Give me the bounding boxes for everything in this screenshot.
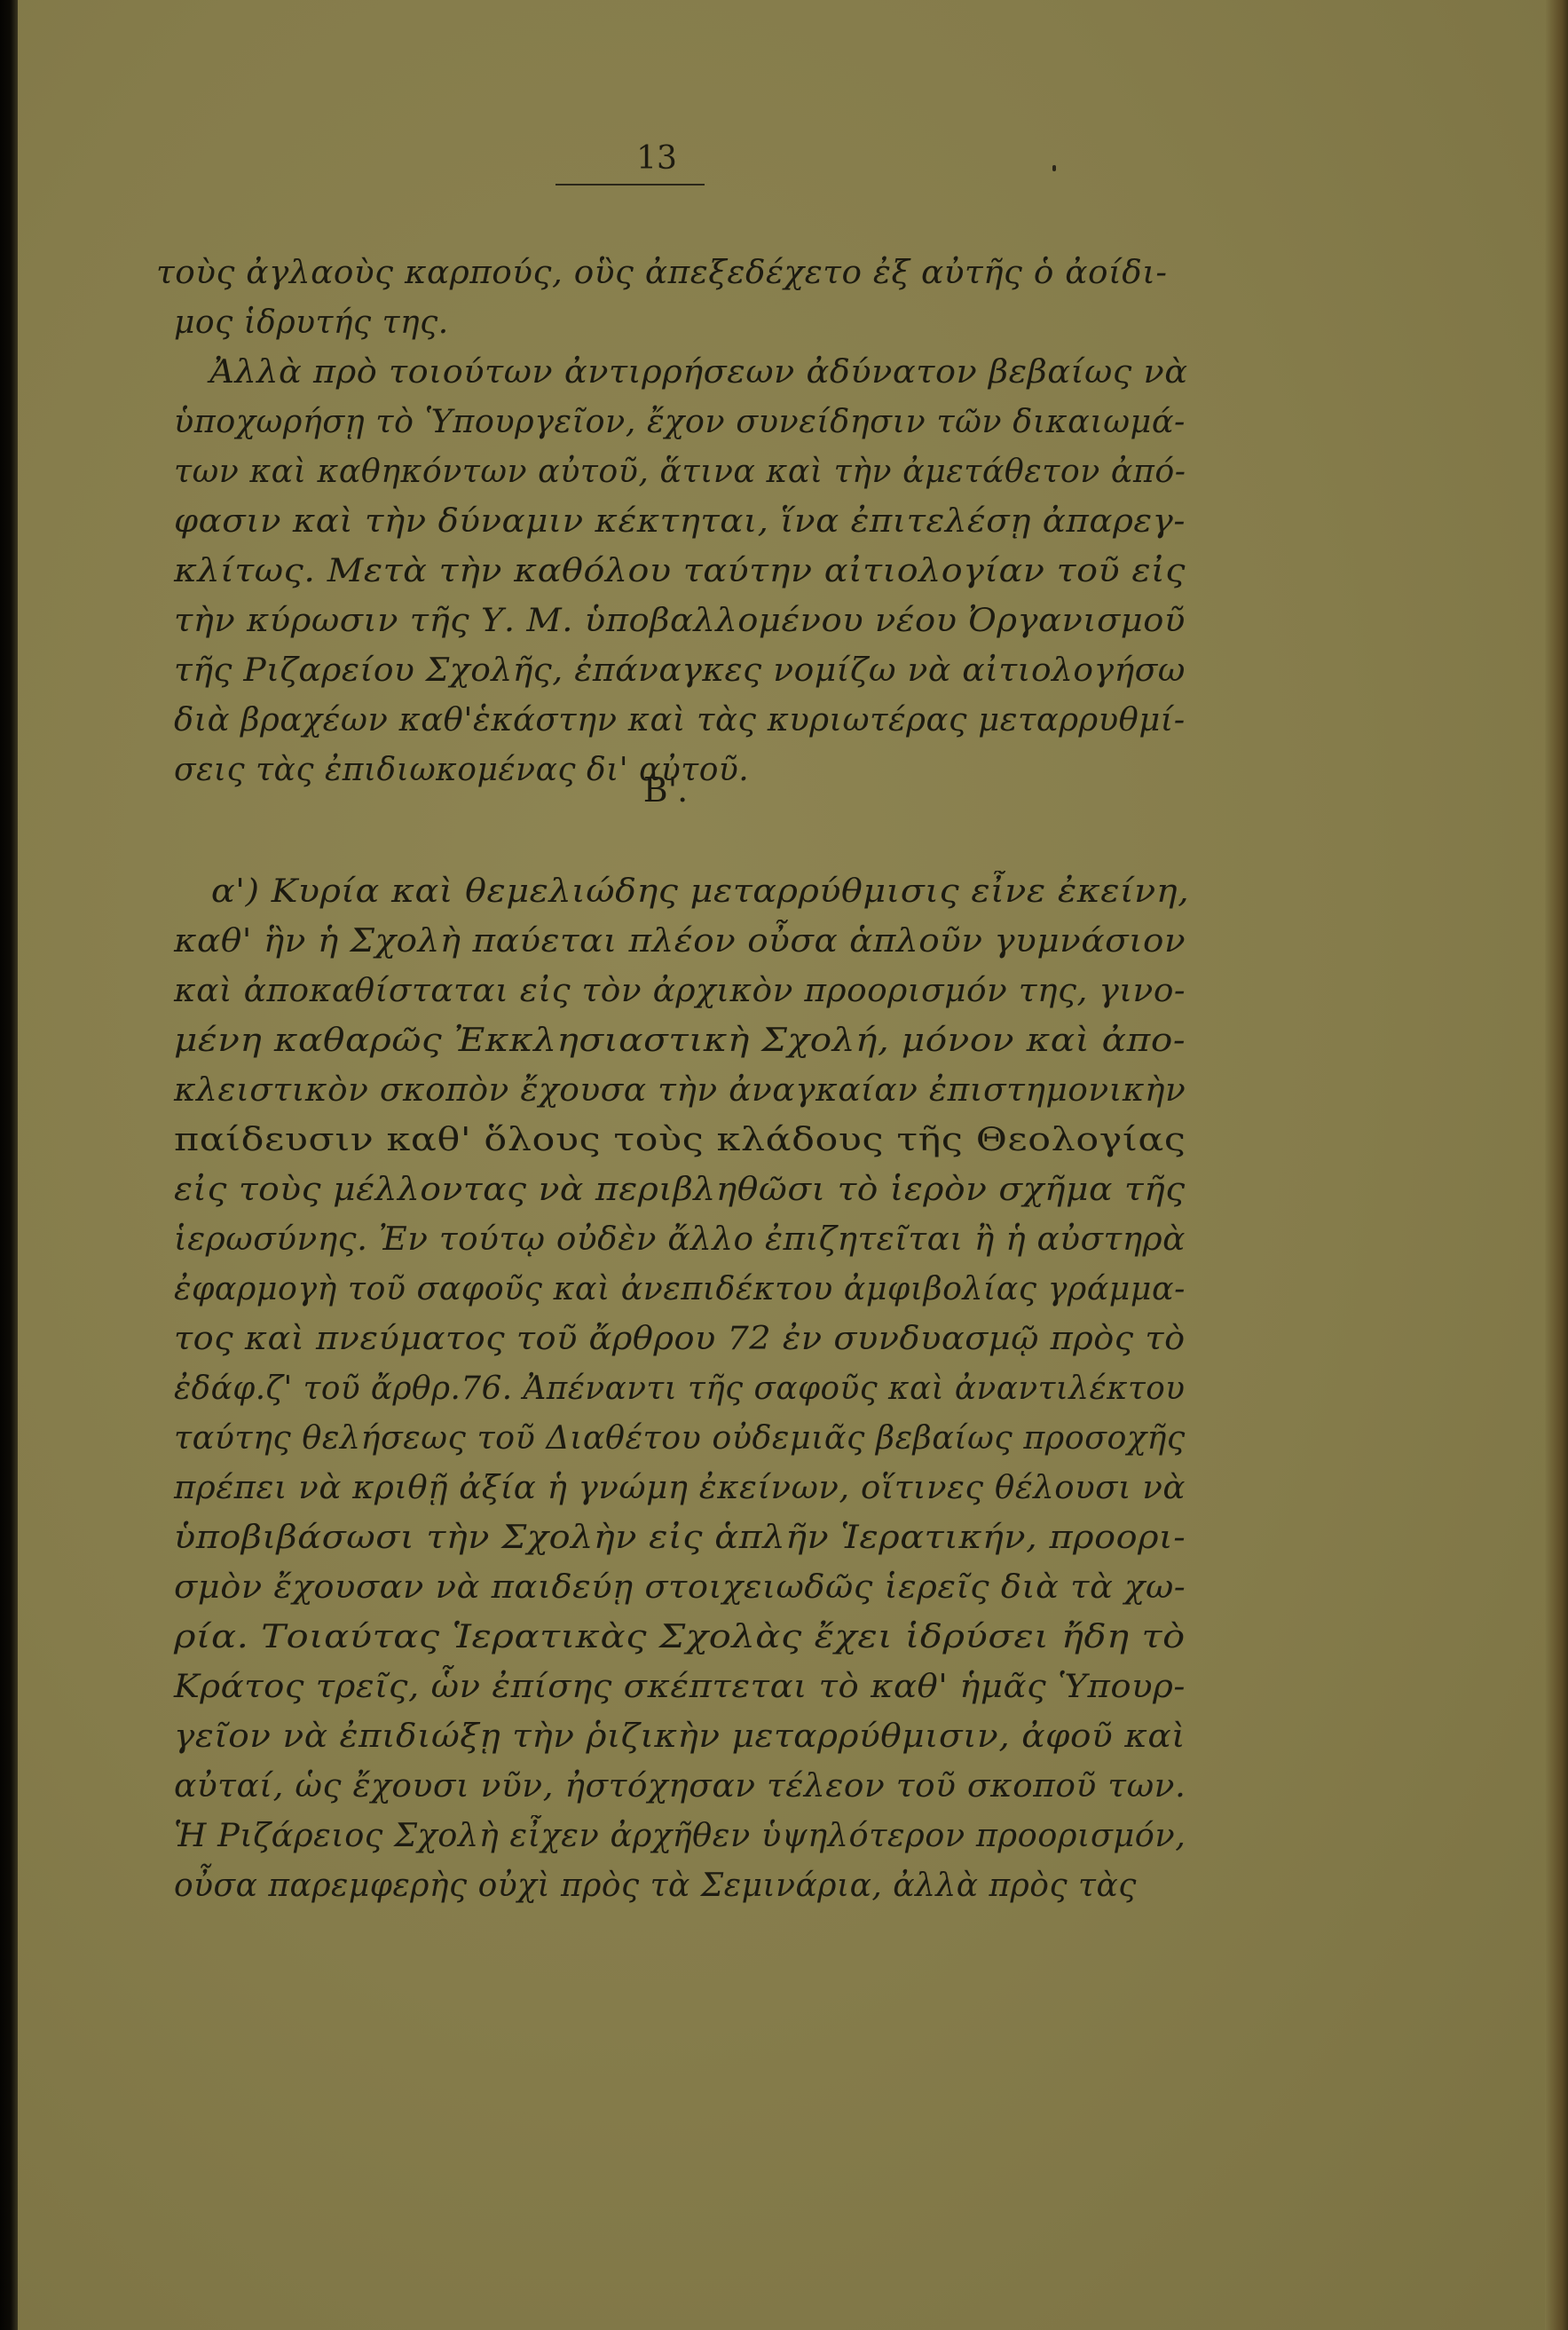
text-line: Ἀλλὰ πρὸ τοιούτων ἀντιρρήσεων ἀδύνατον β…	[174, 348, 1249, 398]
text-line: ἱερωσύνης. Ἐν τούτῳ οὐδὲν ἄλλο ἐπιζητεῖτ…	[174, 1215, 1224, 1265]
scan-left-border	[0, 0, 18, 2330]
text-line: οὖσα παρεμφερὴς οὐχὶ πρὸς τὰ Σεμινάρια, …	[174, 1861, 1186, 1911]
ink-speck	[1052, 165, 1056, 171]
text-line: Κράτος τρεῖς, ὧν ἐπίσης σκέπτεται τὸ καθ…	[174, 1663, 1258, 1712]
text-line: ἐφαρμογὴ τοῦ σαφοῦς καὶ ἀνεπιδέκτου ἀμφι…	[174, 1265, 1194, 1315]
text-line: διὰ βραχέων καθ'ἑκάστην καὶ τὰς κυριωτέρ…	[174, 696, 1209, 746]
text-line: μένη καθαρῶς Ἐκκλησιαστικὴ Σχολή, μόνον …	[174, 1016, 1314, 1066]
text-line: παίδευσιν καθ' ὅλους τοὺς κλάδους τῆς Θε…	[174, 1116, 1378, 1165]
text-line: ἐδάφ.ζ' τοῦ ἄρθρ.76. Ἀπέναντι τῆς σαφοῦς…	[174, 1364, 1178, 1414]
text-line: Ἡ Ριζάρειος Σχολὴ εἶχεν ἀρχῆθεν ὑψηλότερ…	[174, 1812, 1206, 1861]
text-line: πρέπει νὰ κριθῇ ἀξία ἡ γνώμη ἐκείνων, οἵ…	[174, 1464, 1216, 1513]
section-heading: Β'.	[621, 770, 710, 810]
text-line: γεῖον νὰ ἐπιδιώξῃ τὴν ῥιζικὴν μεταρρύθμι…	[174, 1712, 1271, 1762]
text-line: των καὶ καθηκόντων αὐτοῦ, ἅτινα καὶ τὴν …	[174, 447, 1194, 497]
paragraph-block-b: α') Κυρία καὶ θεμελιώδης μεταρρύθμισις ε…	[174, 867, 1186, 1911]
text-line: ὑποβιβάσωσι τὴν Σχολὴν εἰς ἁπλῆν Ἱερατικ…	[174, 1513, 1292, 1563]
text-line: ρία. Τοιαύτας Ἱερατικὰς Σχολὰς ἔχει ἱδρύ…	[174, 1613, 1343, 1663]
text-line: τος καὶ πνεύματος τοῦ ἄρθρου 72 ἐν συνδυ…	[174, 1315, 1249, 1364]
page-number: 13	[621, 140, 692, 177]
text-line: ὑποχωρήσῃ τὸ Ὑπουργεῖον, ἔχον συνείδησιν…	[174, 398, 1202, 447]
text-line: τοὺς ἀγλαοὺς καρπούς, οὓς ἀπεξεδέχετο ἐξ…	[156, 249, 1225, 298]
text-line: κλειστικὸν σκοπὸν ἔχουσα τὴν ἀναγκαίαν ἐ…	[174, 1066, 1228, 1116]
text-line: καὶ ἀποκαθίσταται εἰς τὸν ἀρχικὸν προορι…	[174, 967, 1227, 1016]
text-line: φασιν καὶ τὴν δύναμιν κέκτηται, ἵνα ἐπιτ…	[174, 497, 1262, 547]
text-line: εἰς τοὺς μέλλοντας νὰ περιβληθῶσι τὸ ἱερ…	[174, 1165, 1274, 1215]
scanned-page: 13 τοὺς ἀγλαοὺς καρπούς, οὓς ἀπεξεδέχετο…	[0, 0, 1568, 2330]
text-line: τὴν κύρωσιν τῆς Υ. Μ. ὑποβαλλομένου νέου…	[174, 596, 1255, 646]
header-rule	[555, 184, 705, 186]
text-line: σμὸν ἔχουσαν νὰ παιδεύῃ στοιχειωδῶς ἱερε…	[174, 1563, 1252, 1613]
text-line: μος ἱδρυτής της.	[174, 298, 1186, 348]
text-line: κλίτως. Μετὰ τὴν καθόλου ταύτην αἰτιολογ…	[174, 547, 1288, 596]
page-right-edge	[1545, 0, 1568, 2330]
paragraph-block-a: τοὺς ἀγλαοὺς καρπούς, οὓς ἀπεξεδέχετο ἐξ…	[174, 249, 1186, 795]
text-line: α') Κυρία καὶ θεμελιώδης μεταρρύθμισις ε…	[174, 867, 1288, 917]
text-line: τῆς Ριζαρείου Σχολῆς, ἐπάναγκες νομίζω ν…	[174, 646, 1230, 696]
text-line: αὐταί, ὡς ἔχουσι νῦν, ἠστόχησαν τέλεον τ…	[174, 1762, 1228, 1812]
text-line: ταύτης θελήσεως τοῦ Διαθέτου οὐδεμιᾶς βε…	[174, 1414, 1198, 1464]
text-line: καθ' ἣν ἡ Σχολὴ παύεται πλέον οὖσα ἁπλοῦ…	[174, 917, 1266, 967]
